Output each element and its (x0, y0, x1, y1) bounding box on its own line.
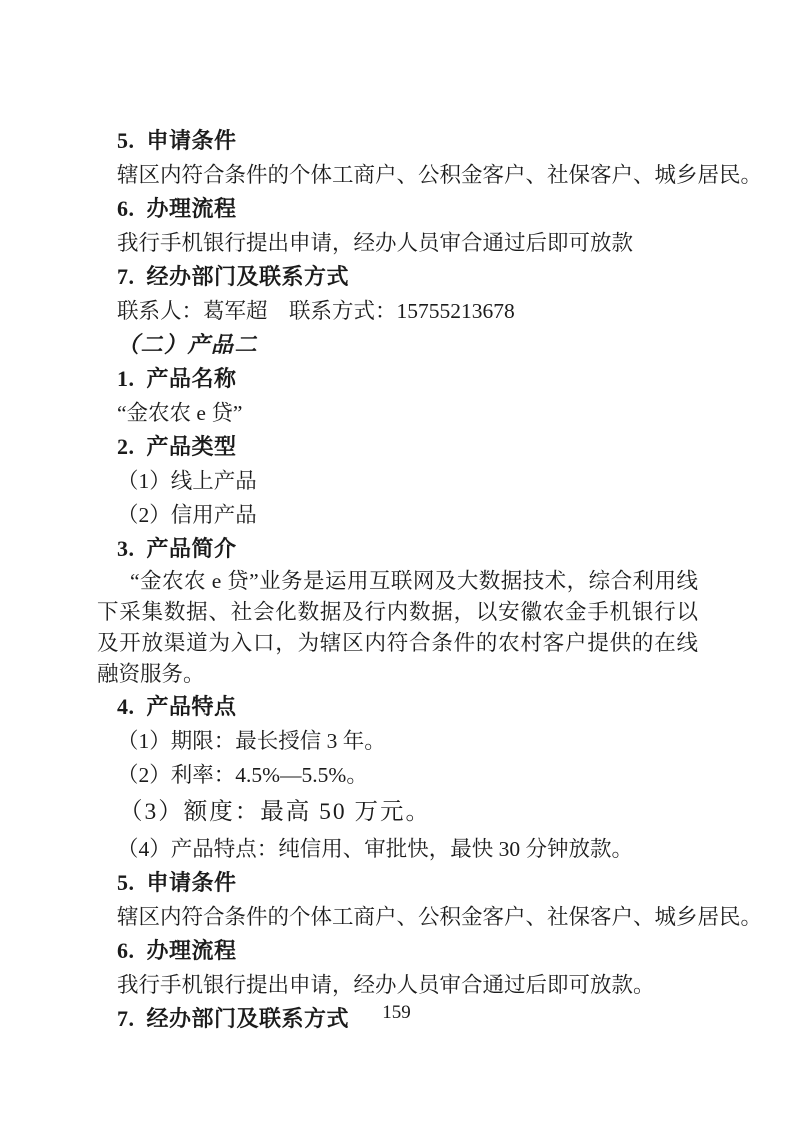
section-heading: 6. 办理流程 (97, 192, 793, 226)
section-heading: 7. 经办部门及联系方式 (97, 260, 793, 294)
body-line: （2）利率：4.5%—5.5%。 (97, 758, 793, 792)
section-heading: 4. 产品特点 (97, 690, 793, 724)
body-line: （1）线上产品 (97, 464, 793, 498)
page-number: 159 (382, 1002, 411, 1023)
document-page: 5. 申请条件辖区内符合条件的个体工商户、公积金客户、社保客户、城乡居民。6. … (0, 0, 793, 1122)
document-body: 5. 申请条件辖区内符合条件的个体工商户、公积金客户、社保客户、城乡居民。6. … (97, 124, 793, 1036)
section-heading: 6. 办理流程 (97, 934, 793, 968)
page-footer: 159 (0, 1002, 793, 1024)
body-line: （1）期限：最长授信 3 年。 (97, 724, 793, 758)
body-line: 辖区内符合条件的个体工商户、公积金客户、社保客户、城乡居民。 (97, 900, 793, 934)
section-heading: 5. 申请条件 (97, 866, 793, 900)
section-heading: 3. 产品简介 (97, 532, 793, 566)
section-heading: 2. 产品类型 (97, 430, 793, 464)
body-line: （4）产品特点：纯信用、审批快，最快 30 分钟放款。 (97, 832, 793, 866)
section-heading: 5. 申请条件 (97, 124, 793, 158)
body-line: 联系人：葛军超 联系方式：15755213678 (97, 294, 793, 328)
body-line: “金农农 e 贷” (97, 396, 793, 430)
body-line: 我行手机银行提出申请，经办人员审合通过后即可放款。 (97, 968, 793, 1002)
body-line: 辖区内符合条件的个体工商户、公积金客户、社保客户、城乡居民。 (97, 158, 793, 192)
body-line: 我行手机银行提出申请，经办人员审合通过后即可放款 (97, 226, 793, 260)
body-line-large: （3）额度：最高 50 万元。 (97, 792, 793, 832)
paragraph: “金农农 e 贷”业务是运用互联网及大数据技术，综合利用线下采集数据、社会化数据… (97, 566, 698, 690)
section-heading: 1. 产品名称 (97, 362, 793, 396)
subsection-heading: （二）产品二 (97, 328, 793, 362)
body-line: （2）信用产品 (97, 498, 793, 532)
